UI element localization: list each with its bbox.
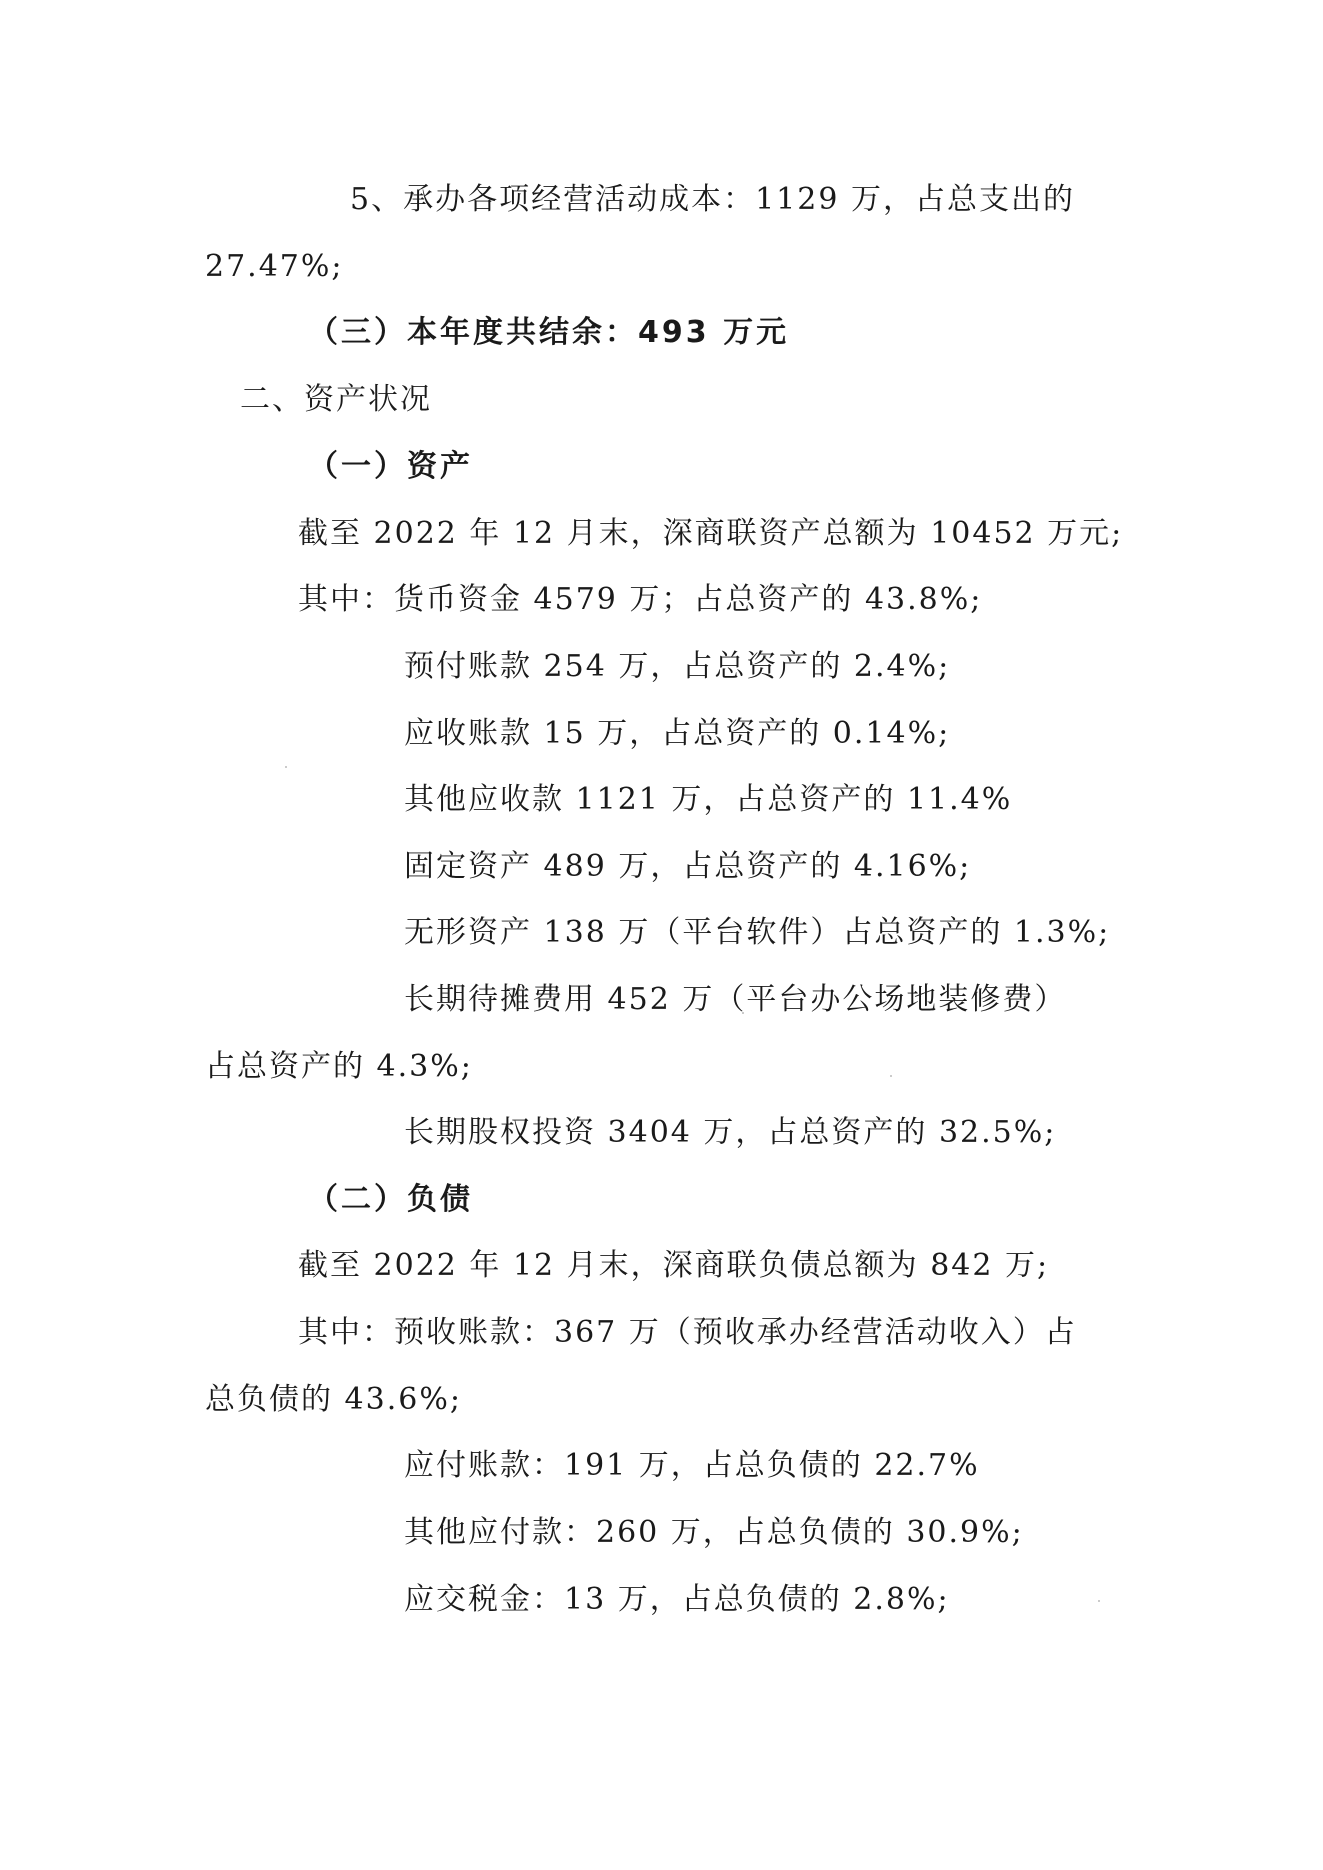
liability-item-other-payables: 其他应付款：260 万，占总负债的 30.9%; [404, 1513, 1024, 1553]
asset-item-fixed-assets: 固定资产 489 万，占总资产的 4.16%; [404, 847, 971, 887]
assets-section-title: 二、资产状况 [240, 380, 432, 420]
liability-item-taxes-payable: 应交税金：13 万，占总负债的 2.8%; [404, 1580, 950, 1620]
surplus-heading: （三）本年度共结余：493 万元 [308, 313, 789, 353]
asset-item-deferred-expenses-line2: 占总资产的 4.3%; [205, 1047, 473, 1087]
asset-item-deferred-expenses-line1: 长期待摊费用 452 万（平台办公场地装修费） [404, 980, 1066, 1020]
scan-speck [285, 766, 287, 768]
asset-item-cash: 其中：货币资金 4579 万；占总资产的 43.8%; [298, 580, 982, 620]
liability-item-payables: 应付账款：191 万，占总负债的 22.7% [404, 1446, 980, 1486]
liabilities-total: 截至 2022 年 12 月末，深商联负债总额为 842 万; [298, 1246, 1049, 1286]
assets-heading: （一）资产 [308, 447, 473, 487]
assets-total: 截至 2022 年 12 月末，深商联资产总额为 10452 万元; [298, 514, 1123, 554]
scan-speck [742, 1012, 744, 1014]
asset-item-equity-investment: 长期股权投资 3404 万，占总资产的 32.5%; [404, 1113, 1056, 1153]
asset-item-intangible-assets: 无形资产 138 万（平台软件）占总资产的 1.3%; [404, 913, 1110, 953]
asset-item-prepayments: 预付账款 254 万，占总资产的 2.4%; [404, 647, 950, 687]
liabilities-heading: （二）负债 [308, 1180, 473, 1220]
asset-item-receivables: 应收账款 15 万，占总资产的 0.14%; [404, 714, 950, 754]
cost-item-5-line1: 5、承办各项经营活动成本：1129 万，占总支出的 [350, 180, 1075, 220]
asset-item-other-receivables: 其他应收款 1121 万，占总资产的 11.4% [404, 780, 1012, 820]
liability-item-advance-receipts-line1: 其中：预收账款：367 万（预收承办经营活动收入）占 [298, 1313, 1077, 1353]
cost-item-5-line2: 27.47%; [205, 247, 344, 287]
scan-speck [1098, 1600, 1100, 1602]
scan-speck [890, 1075, 892, 1077]
liability-item-advance-receipts-line2: 总负债的 43.6%; [205, 1380, 462, 1420]
